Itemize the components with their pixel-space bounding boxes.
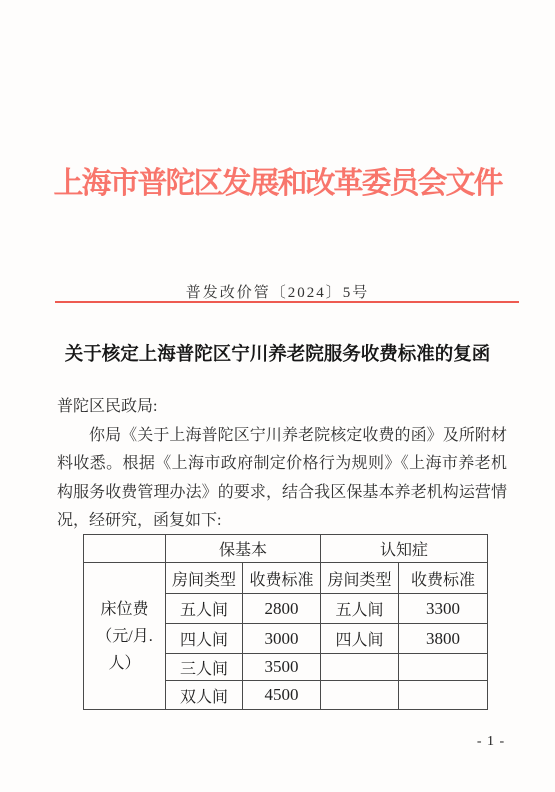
- fee-cell: 3000: [243, 624, 321, 654]
- fee-cell: 2800: [243, 594, 321, 624]
- room-type-cell: 三人间: [166, 654, 243, 681]
- fee-table: 保基本 认知症 床位费 （元/月. 人） 房间类型 收费标准 房间类型 收费标准…: [83, 534, 488, 710]
- fee-cell: 3800: [399, 624, 488, 654]
- document-number: 普发改价管〔2024〕5号: [0, 281, 555, 302]
- column-header-room-type-cognitive: 房间类型: [321, 563, 399, 594]
- fee-cell: [399, 681, 488, 710]
- room-type-cell: 双人间: [166, 681, 243, 710]
- recipient-salutation: 普陀区民政局:: [57, 393, 507, 422]
- fee-table-corner-cell: [84, 535, 166, 563]
- room-type-cell: 五人间: [321, 594, 399, 624]
- room-type-cell: [321, 654, 399, 681]
- fee-cell: 4500: [243, 681, 321, 710]
- bed-fee-label-line3: 人）: [84, 650, 165, 677]
- body-paragraph: 你局《关于上海普陀区宁川养老院核定收费的函》及所附材料收悉。根据《上海市政府制定…: [57, 422, 507, 536]
- document-page: 上海市普陀区发展和改革委员会文件 普发改价管〔2024〕5号 关于核定上海普陀区…: [0, 0, 555, 792]
- room-type-cell: 五人间: [166, 594, 243, 624]
- room-type-cell: [321, 681, 399, 710]
- fee-table-group-header-row: 保基本 认知症: [84, 535, 488, 563]
- document-subject: 关于核定上海普陀区宁川养老院服务收费标准的复函: [0, 340, 555, 366]
- room-type-cell: 四人间: [166, 624, 243, 654]
- column-header-room-type-basic: 房间类型: [166, 563, 243, 594]
- column-header-fee-cognitive: 收费标准: [399, 563, 488, 594]
- fee-cell: [399, 654, 488, 681]
- fee-cell: 3500: [243, 654, 321, 681]
- document-body: 普陀区民政局: 你局《关于上海普陀区宁川养老院核定收费的函》及所附材料收悉。根据…: [57, 393, 507, 536]
- column-header-fee-basic: 收费标准: [243, 563, 321, 594]
- fee-cell: 3300: [399, 594, 488, 624]
- agency-title: 上海市普陀区发展和改革委员会文件: [0, 158, 555, 202]
- group-header-cognitive: 认知症: [321, 535, 488, 563]
- fee-table-column-header-row: 床位费 （元/月. 人） 房间类型 收费标准 房间类型 收费标准: [84, 563, 488, 594]
- group-header-basic: 保基本: [166, 535, 321, 563]
- bed-fee-label-line1: 床位费: [84, 596, 165, 623]
- bed-fee-label-line2: （元/月.: [84, 623, 165, 650]
- room-type-cell: 四人间: [321, 624, 399, 654]
- red-separator-line: [55, 301, 519, 303]
- bed-fee-label-cell: 床位费 （元/月. 人）: [84, 563, 166, 710]
- page-number: - 1 -: [459, 734, 523, 750]
